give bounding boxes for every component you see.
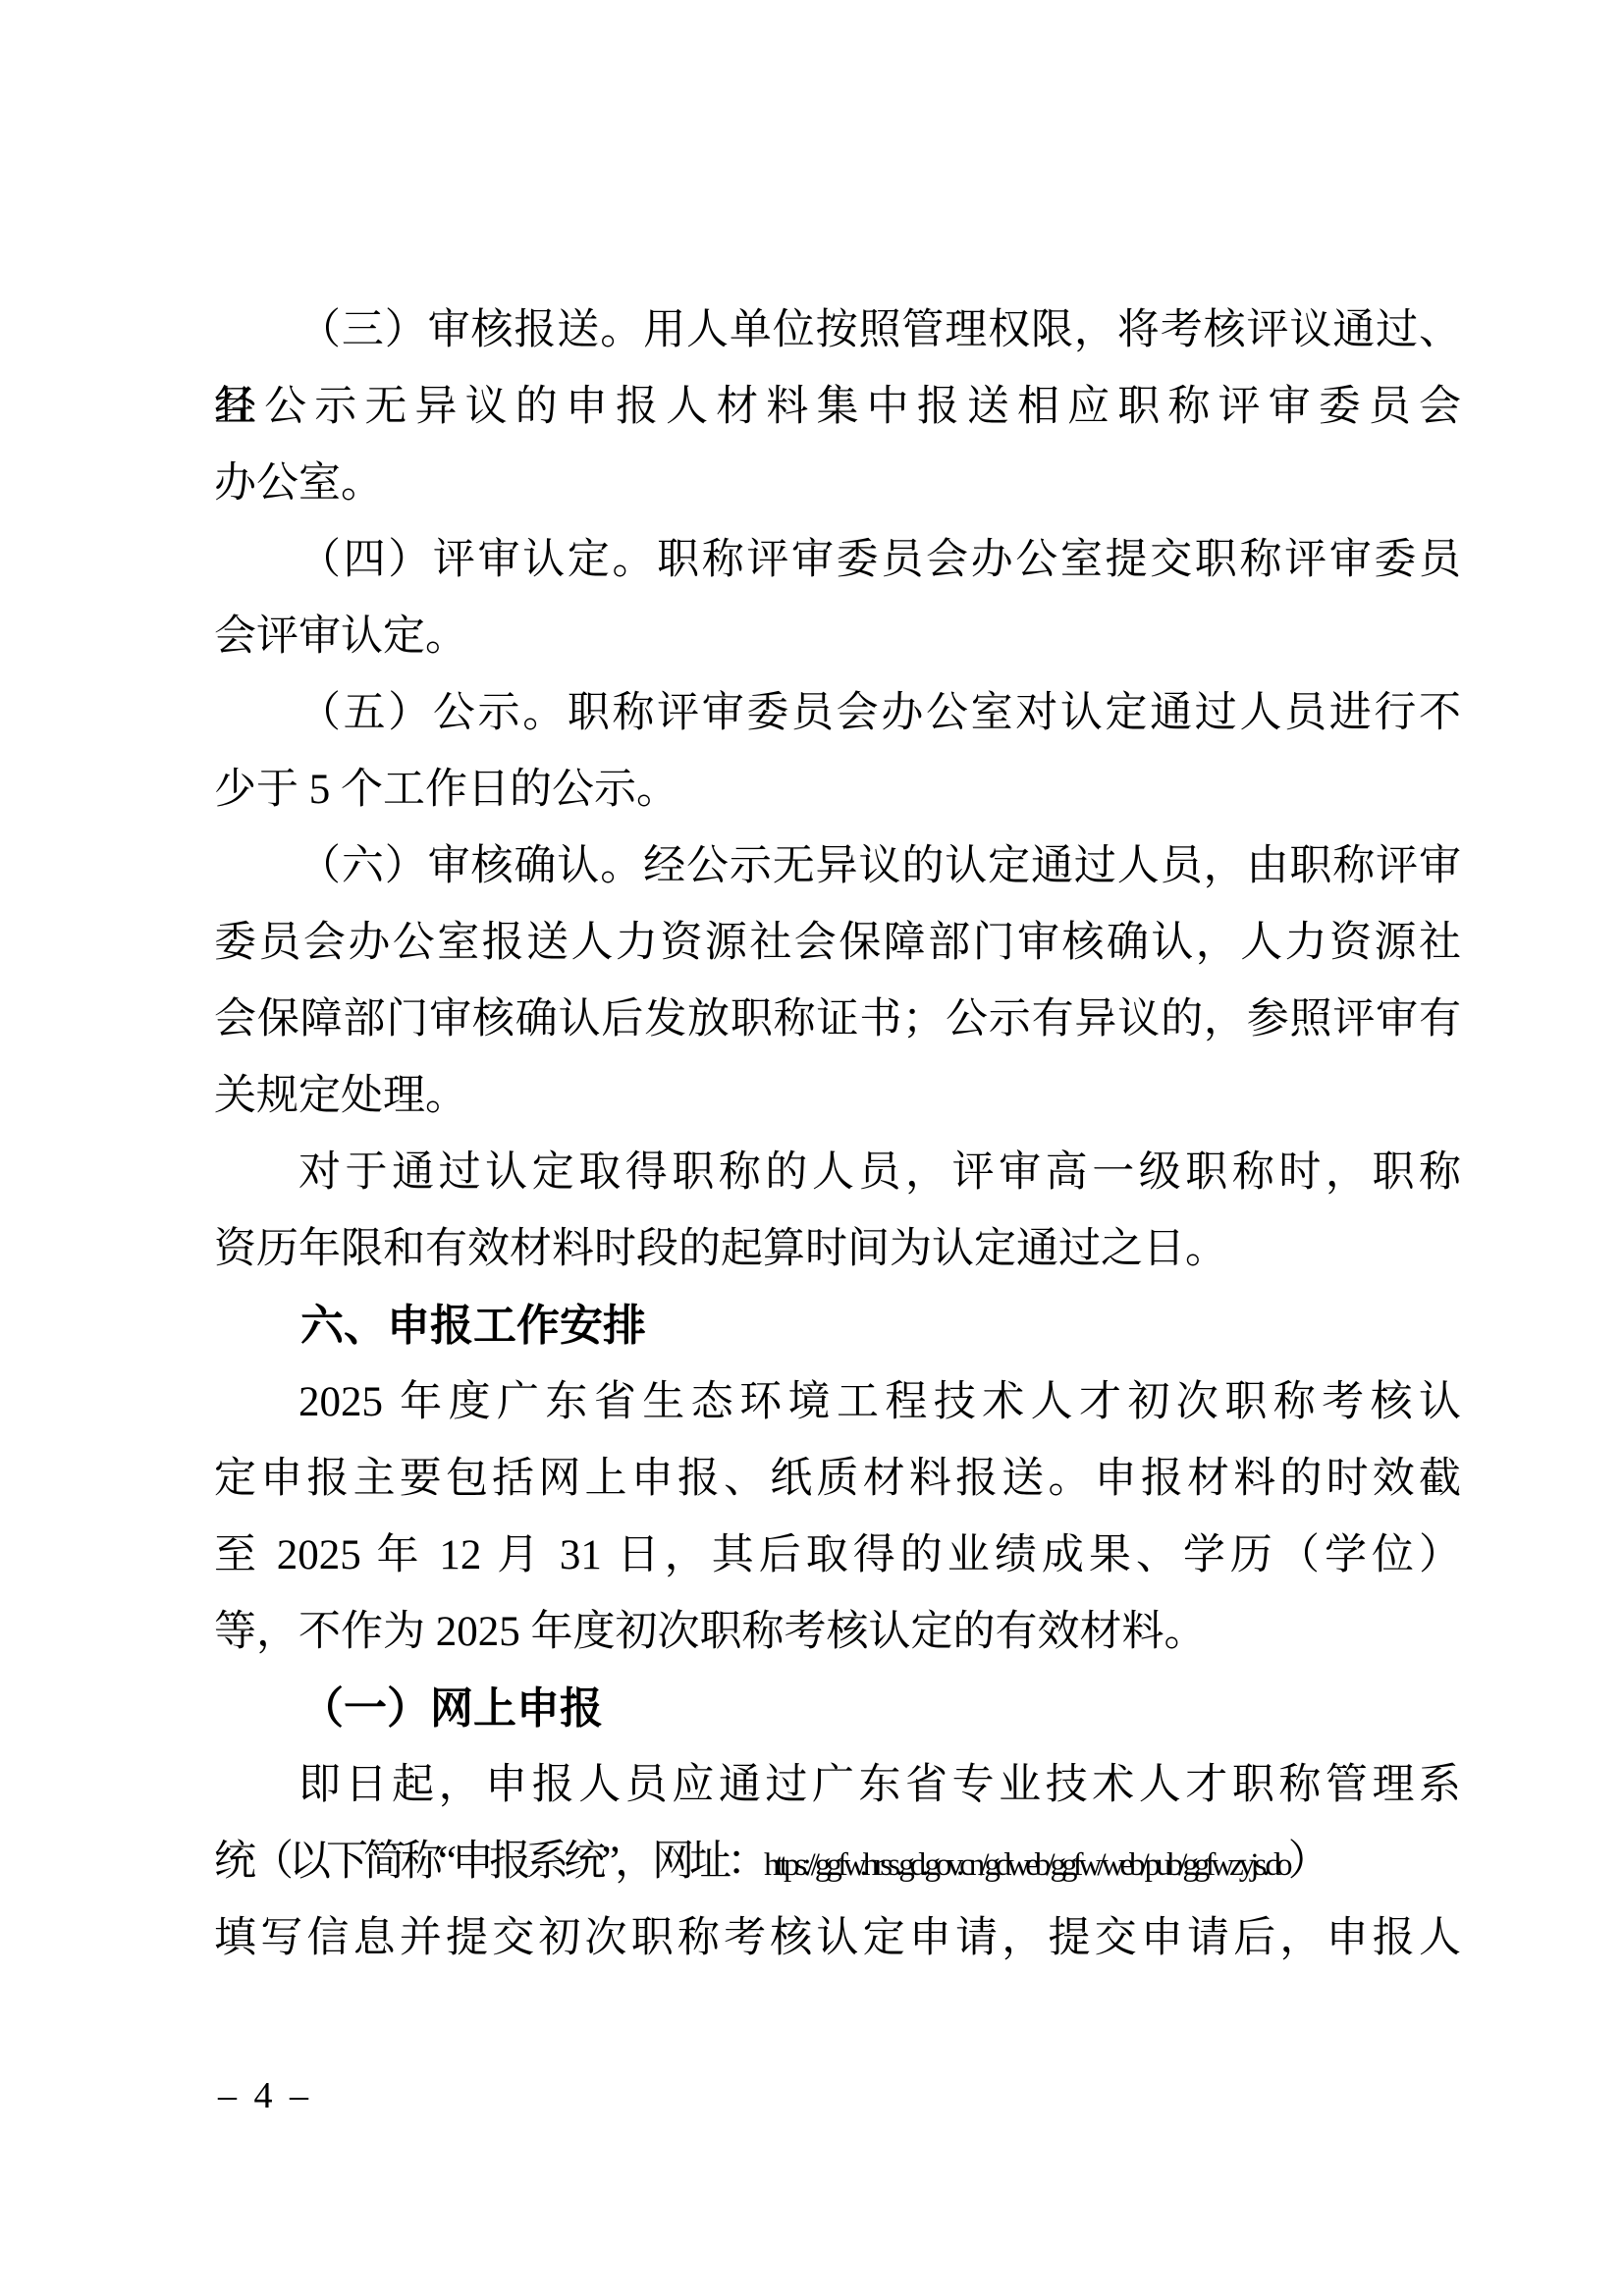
paragraph-online-application-detail: 即日起，申报人员应通过广东省专业技术人才职称管理系 统（以下简称“申报系统”，网… bbox=[214, 1747, 1461, 1977]
paragraph-seniority-start-date: 对于通过认定取得职称的人员，评审高一级职称时，职称 资历年限和有效材料时段的起算… bbox=[214, 1135, 1461, 1288]
text-line: 少于 5 个工作日的公示。 bbox=[214, 752, 1461, 828]
text-line: 资历年限和有效材料时段的起算时间为认定通过之日。 bbox=[214, 1211, 1461, 1288]
page-number: – 4 – bbox=[218, 2066, 312, 2125]
text-line: 办公室。 bbox=[214, 446, 1461, 522]
text-line: 2025 年度广东省生态环境工程技术人才初次职称考核认 bbox=[214, 1364, 1461, 1441]
paragraph-audit-submission: （三）审核报送。用人单位按照管理权限，将考核评议通过、且 经公示无异议的申报人材… bbox=[214, 293, 1461, 522]
subsection-heading-online-application: （一）网上申报 bbox=[214, 1671, 1461, 1747]
application-system-url: https://ggfw.hrss.gd.gov.cn/gdweb/ggfw/w… bbox=[764, 1847, 1287, 1883]
document-page: （三）审核报送。用人单位按照管理权限，将考核评议通过、且 经公示无异议的申报人材… bbox=[0, 0, 1624, 2296]
section-heading-application-arrangement: 六、申报工作安排 bbox=[214, 1288, 1461, 1364]
text-line: 经公示无异议的申报人材料集中报送相应职称评审委员会 bbox=[214, 369, 1461, 446]
text-line: 会评审认定。 bbox=[214, 599, 1461, 675]
text-line: （四）评审认定。职称评审委员会办公室提交职称评审委员 bbox=[214, 522, 1461, 599]
text-line: （三）审核报送。用人单位按照管理权限，将考核评议通过、且 bbox=[214, 293, 1461, 369]
text-line: 等，不作为 2025 年度初次职称考核认定的有效材料。 bbox=[214, 1594, 1461, 1671]
text-line: 定申报主要包括网上申报、纸质材料报送。申报材料的时效截 bbox=[214, 1441, 1461, 1518]
text-line: 会保障部门审核确认后发放职称证书；公示有异议的，参照评审有 bbox=[214, 982, 1461, 1058]
paragraph-audit-confirmation: （六）审核确认。经公示无异议的认定通过人员，由职称评审 委员会办公室报送人力资源… bbox=[214, 828, 1461, 1135]
text-line: （六）审核确认。经公示无异议的认定通过人员，由职称评审 bbox=[214, 828, 1461, 905]
text-line-with-url: 统（以下简称“申报系统”，网址：https://ggfw.hrss.gd.gov… bbox=[214, 1824, 1461, 1900]
paragraph-application-overview: 2025 年度广东省生态环境工程技术人才初次职称考核认 定申报主要包括网上申报、… bbox=[214, 1364, 1461, 1671]
text-line: 关规定处理。 bbox=[214, 1058, 1461, 1135]
paragraph-review-determination: （四）评审认定。职称评审委员会办公室提交职称评审委员 会评审认定。 bbox=[214, 522, 1461, 675]
document-body: （三）审核报送。用人单位按照管理权限，将考核评议通过、且 经公示无异议的申报人材… bbox=[214, 293, 1461, 1977]
text-line: 即日起，申报人员应通过广东省专业技术人才职称管理系 bbox=[214, 1747, 1461, 1824]
text-line: 委员会办公室报送人力资源社会保障部门审核确认，人力资源社 bbox=[214, 905, 1461, 982]
text-line: （五）公示。职称评审委员会办公室对认定通过人员进行不 bbox=[214, 675, 1461, 752]
text-line: 至 2025 年 12 月 31 日，其后取得的业绩成果、学历（学位） bbox=[214, 1518, 1461, 1594]
url-line-prefix: 统（以下简称“申报系统”，网址： bbox=[214, 1839, 764, 1885]
text-line: 填写信息并提交初次职称考核认定申请，提交申请后，申报人 bbox=[214, 1900, 1461, 1977]
text-line: 对于通过认定取得职称的人员，评审高一级职称时，职称 bbox=[214, 1135, 1461, 1211]
paragraph-public-notice: （五）公示。职称评审委员会办公室对认定通过人员进行不 少于 5 个工作日的公示。 bbox=[214, 675, 1461, 828]
url-line-suffix: ） bbox=[1288, 1839, 1326, 1885]
